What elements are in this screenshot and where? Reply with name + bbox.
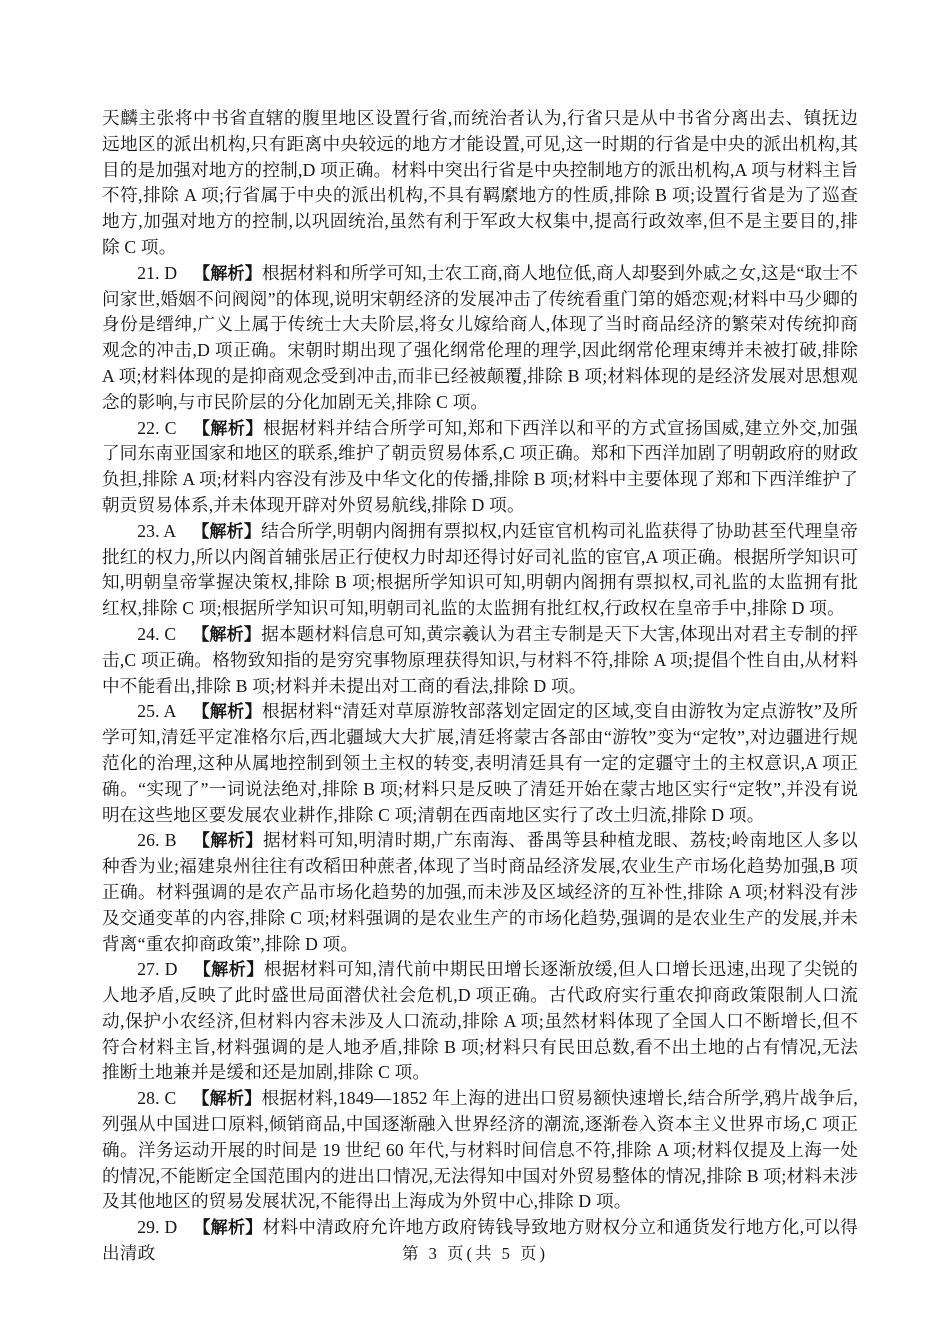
analysis-label: 【解析】 xyxy=(193,1218,262,1237)
explanations-content: 天麟主张将中书省直辖的腹里地区设置行省,而统治者认为,行省只是从中书省分离出去、… xyxy=(102,106,858,1267)
analysis-label: 【解析】 xyxy=(193,264,262,283)
answer-key: 29. D xyxy=(137,1217,177,1237)
explanation-text: 根据材料和所学可知,士农工商,商人地位低,商人却娶到外戚之女,这是“取士不问家世… xyxy=(102,263,858,412)
continuation-paragraph: 天麟主张将中书省直辖的腹里地区设置行省,而统治者认为,行省只是从中书省分离出去、… xyxy=(102,106,858,261)
explanation-item-26: 26. B【解析】据材料可知,明清时期,广东南海、番禺等县种植龙眼、荔枝;岭南地… xyxy=(102,828,858,957)
analysis-label: 【解析】 xyxy=(192,702,262,721)
answer-key: 23. A xyxy=(137,521,176,541)
analysis-label: 【解析】 xyxy=(192,1089,261,1108)
explanation-item-24: 24. C【解析】据本题材料信息可知,黄宗羲认为君主专制是天下大害,体现出对君主… xyxy=(102,622,858,699)
answer-key: 27. D xyxy=(137,959,177,979)
answer-key: 21. D xyxy=(137,263,177,283)
analysis-label: 【解析】 xyxy=(192,625,261,644)
answer-key: 28. C xyxy=(137,1088,176,1108)
explanation-item-21: 21. D【解析】根据材料和所学可知,士农工商,商人地位低,商人却娶到外戚之女,… xyxy=(102,261,858,416)
explanation-item-27: 27. D【解析】根据材料可知,清代前中期民田增长逐渐放缓,但人口增长迅速,出现… xyxy=(102,957,858,1086)
analysis-label: 【解析】 xyxy=(192,522,261,541)
analysis-label: 【解析】 xyxy=(193,419,264,438)
explanation-item-23: 23. A【解析】结合所学,明朝内阁拥有票拟权,内廷宦官机构司礼监获得了协助甚至… xyxy=(102,519,858,622)
answer-key: 22. C xyxy=(137,418,176,438)
page-footer: 第 3 页(共 5 页) xyxy=(0,1240,950,1264)
page-number-label: 第 3 页(共 5 页) xyxy=(402,1244,548,1263)
analysis-label: 【解析】 xyxy=(193,960,263,979)
analysis-label: 【解析】 xyxy=(192,831,262,850)
answer-key: 24. C xyxy=(137,624,176,644)
answer-key: 26. B xyxy=(137,830,176,850)
answer-sheet-page: 天麟主张将中书省直辖的腹里地区设置行省,而统治者认为,行省只是从中书省分离出去、… xyxy=(0,0,950,1324)
answer-key: 25. A xyxy=(137,701,176,721)
explanation-item-25: 25. A【解析】根据材料“清廷对草原游牧部落划定固定的区域,变自由游牧为定点游… xyxy=(102,699,858,828)
explanation-item-22: 22. C【解析】根据材料并结合所学可知,郑和下西洋以和平的方式宣扬国威,建立外… xyxy=(102,416,858,519)
explanation-item-28: 28. C【解析】根据材料,1849—1852 年上海的进出口贸易额快速增长,结… xyxy=(102,1086,858,1215)
continuation-text: 天麟主张将中书省直辖的腹里地区设置行省,而统治者认为,行省只是从中书省分离出去、… xyxy=(102,108,858,257)
